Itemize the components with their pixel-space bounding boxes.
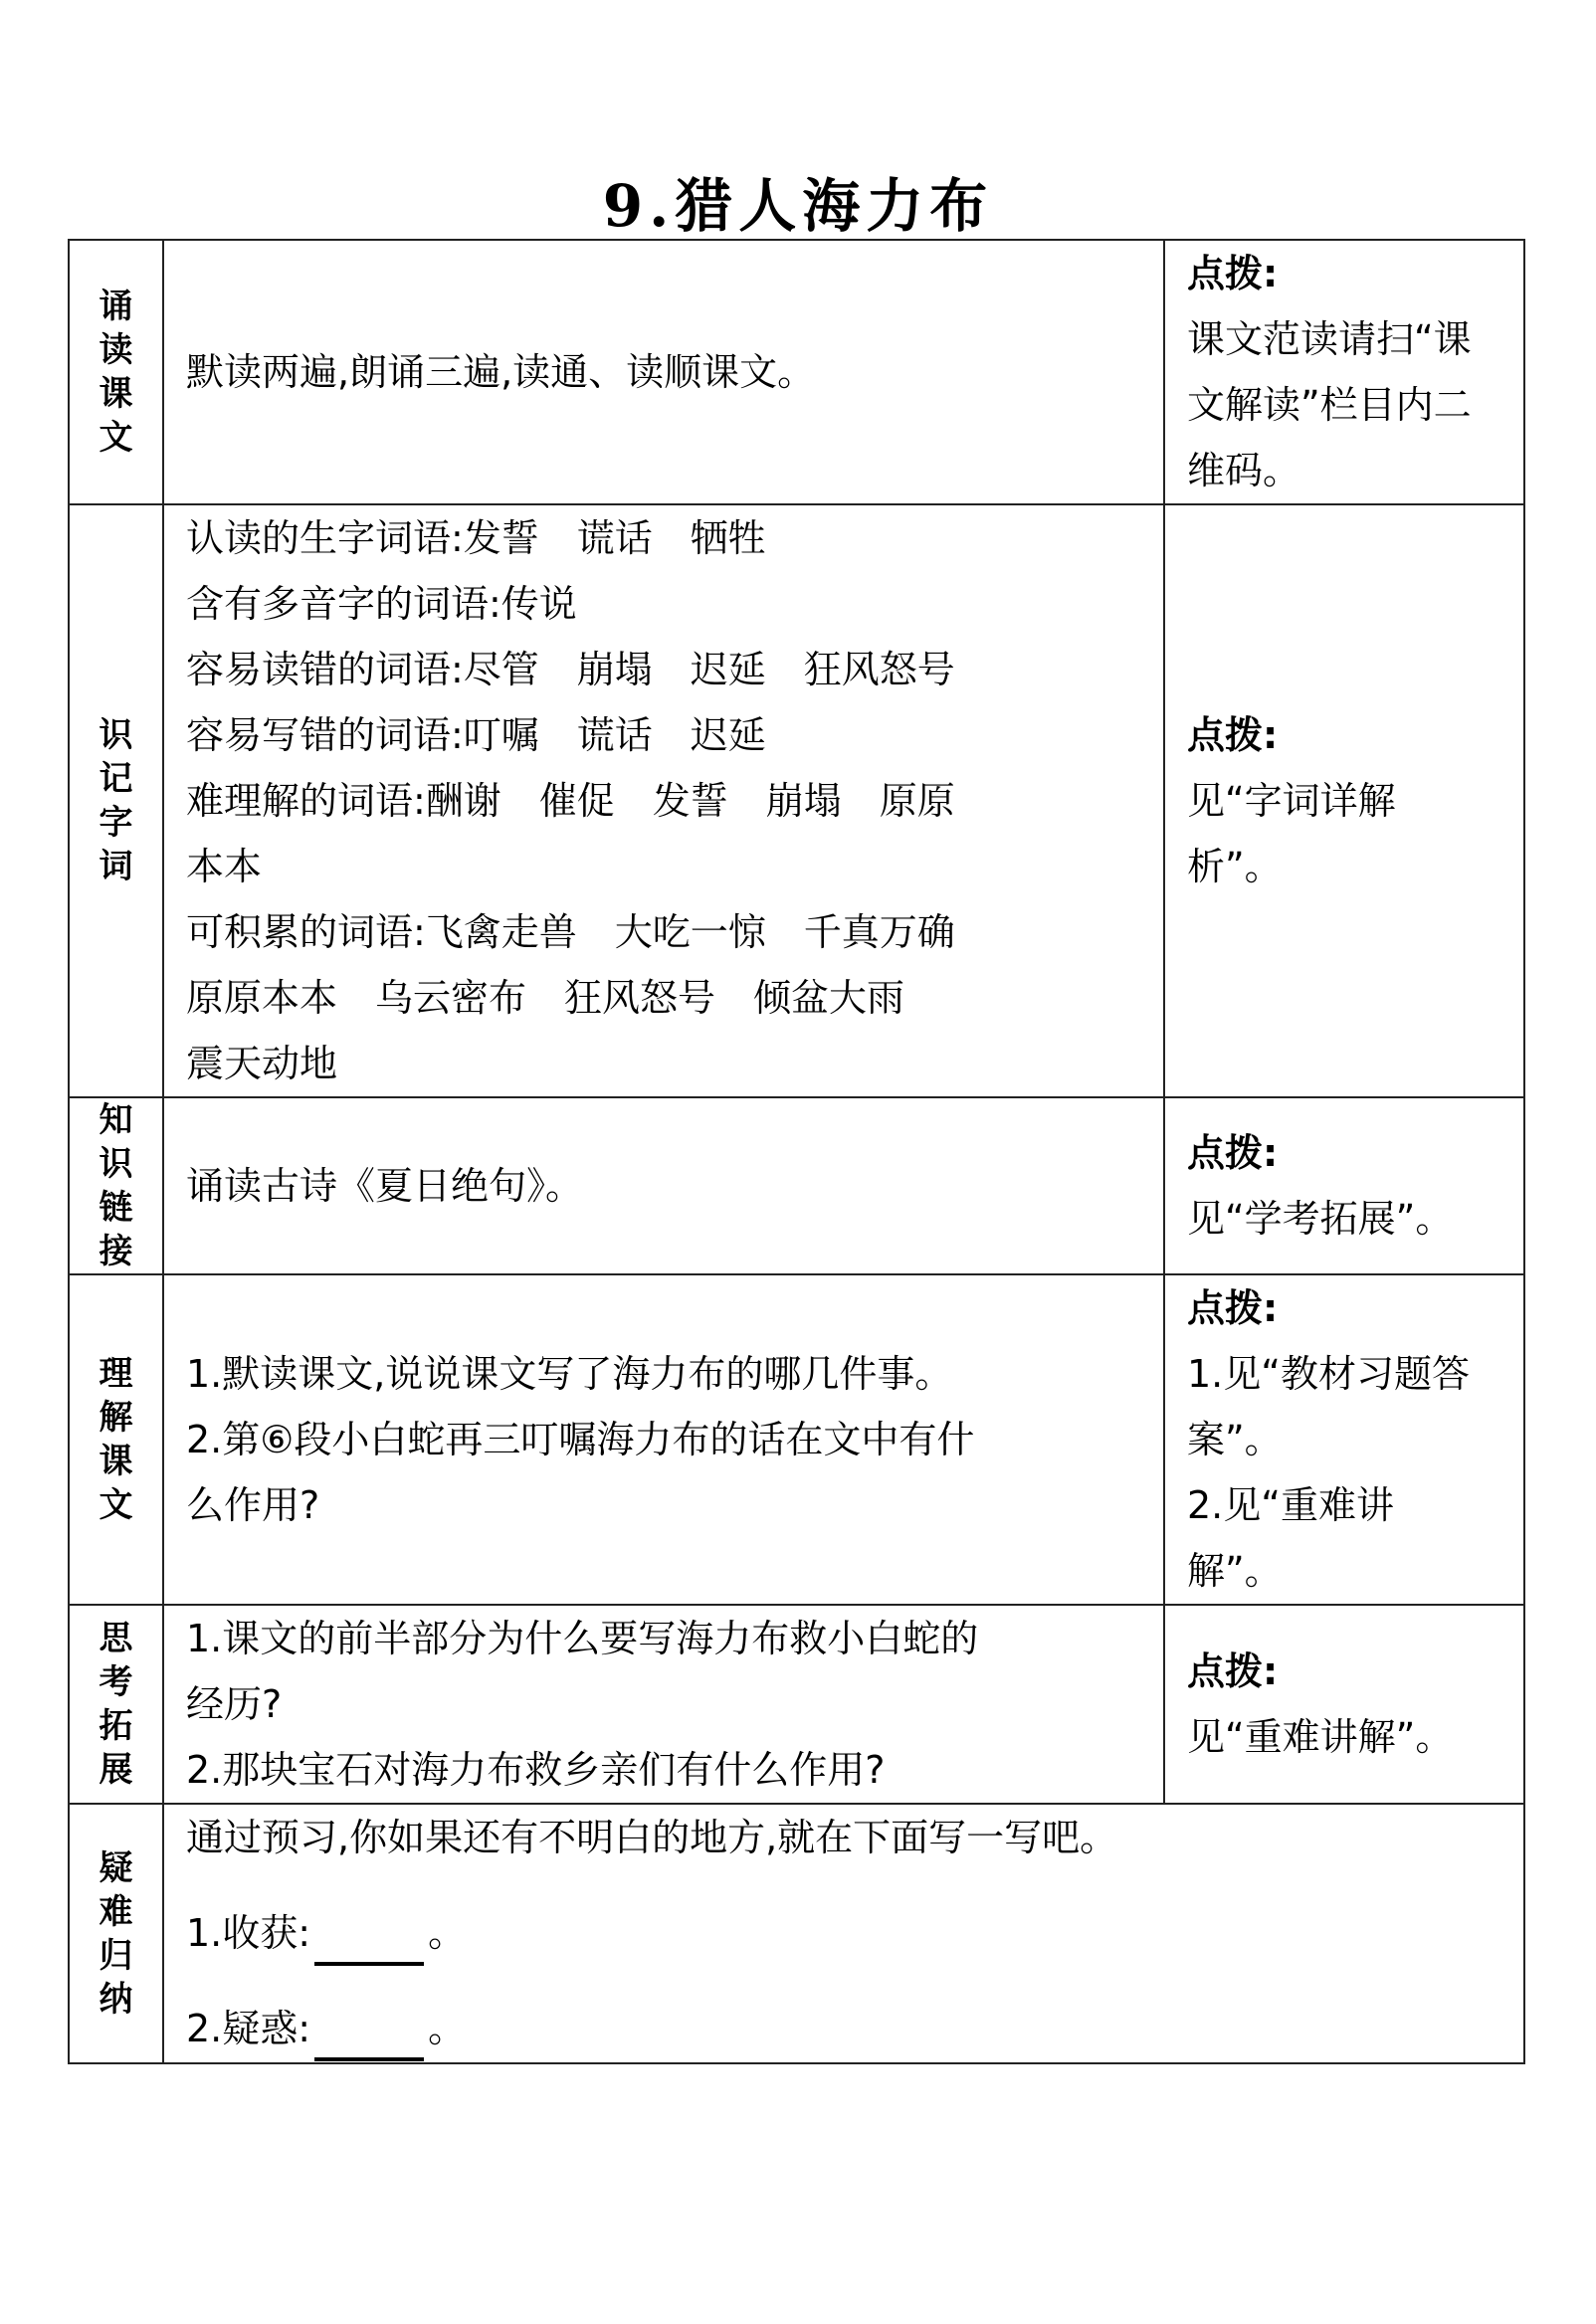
tip-line: 见“学考拓展”。 (1187, 1186, 1501, 1252)
tip-line: 维码。 (1187, 438, 1501, 503)
section-label: 识记字词 (69, 504, 163, 1097)
section-content: 诵读古诗《夏日绝句》。 (163, 1097, 1164, 1274)
doubt-blank[interactable] (314, 2018, 424, 2061)
content-line: 含有多音字的词语:传说 (186, 571, 1141, 637)
tip-label: 点拨: (1187, 241, 1501, 306)
harvest-field: 1.收获:。 (186, 1900, 1501, 1966)
row-recite: 诵读课文 默读两遍,朗诵三遍,读通、读顺课文。 点拨: 课文范读请扫“课 文解读… (69, 240, 1524, 504)
tip-cell: 点拨: 课文范读请扫“课 文解读”栏目内二 维码。 (1164, 240, 1524, 504)
section-label: 理解课文 (69, 1274, 163, 1605)
section-label: 诵读课文 (69, 240, 163, 504)
content-line: 容易读错的词语:尽管 崩塌 迟延 狂风怒号 (186, 637, 1141, 702)
intro-text: 通过预习,你如果还有不明白的地方,就在下面写一写吧。 (186, 1805, 1501, 1870)
row-vocabulary: 识记字词 认读的生字词语:发誓 谎话 牺牲 含有多音字的词语:传说 容易读错的词… (69, 504, 1524, 1097)
period: 。 (428, 1911, 466, 1955)
section-label: 思考拓展 (69, 1605, 163, 1804)
tip-label: 点拨: (1187, 1639, 1501, 1704)
tip-line: 1.见“教材习题答 (1187, 1341, 1501, 1407)
tip-line: 2.见“重难讲 (1187, 1472, 1501, 1538)
content-line: 默读两遍,朗诵三遍,读通、读顺课文。 (186, 339, 1141, 405)
content-line: 难理解的词语:酬谢 催促 发誓 崩塌 原原 (186, 768, 1141, 834)
tip-label: 点拨: (1187, 1120, 1501, 1186)
content-line: 认读的生字词语:发誓 谎话 牺牲 (186, 505, 1141, 571)
tip-cell: 点拨: 见“学考拓展”。 (1164, 1097, 1524, 1274)
section-content: 默读两遍,朗诵三遍,读通、读顺课文。 (163, 240, 1164, 504)
content-line: 容易写错的词语:叮嘱 谎话 迟延 (186, 702, 1141, 768)
doubt-field: 2.疑惑:。 (186, 1996, 1501, 2061)
content-line: 经历? (186, 1671, 1141, 1737)
content-line: 震天动地 (186, 1031, 1141, 1096)
tip-cell: 点拨: 1.见“教材习题答 案”。 2.见“重难讲 解”。 (1164, 1274, 1524, 1605)
row-summary: 疑难归纳 通过预习,你如果还有不明白的地方,就在下面写一写吧。 1.收获:。 2… (69, 1804, 1524, 2063)
tip-line: 见“字词详解 (1187, 768, 1501, 834)
tip-line: 案”。 (1187, 1407, 1501, 1472)
content-line: 诵读古诗《夏日绝句》。 (186, 1153, 1141, 1219)
tip-line: 课文范读请扫“课 (1187, 306, 1501, 372)
tip-cell: 点拨: 见“重难讲解”。 (1164, 1605, 1524, 1804)
harvest-label: 1.收获: (186, 1911, 310, 1955)
page-title: 9.猎人海力布 (0, 159, 1596, 243)
content-line: 可积累的词语:飞禽走兽 大吃一惊 千真万确 (186, 899, 1141, 965)
content-line: 么作用? (186, 1472, 1141, 1538)
preview-table: 诵读课文 默读两遍,朗诵三遍,读通、读顺课文。 点拨: 课文范读请扫“课 文解读… (68, 239, 1525, 2064)
tip-line: 析”。 (1187, 834, 1501, 899)
section-content: 1.默读课文,说说课文写了海力布的哪几件事。 2.第⑥段小白蛇再三叮嘱海力布的话… (163, 1274, 1164, 1605)
row-understand: 理解课文 1.默读课文,说说课文写了海力布的哪几件事。 2.第⑥段小白蛇再三叮嘱… (69, 1274, 1524, 1605)
tip-line: 解”。 (1187, 1538, 1501, 1604)
tip-line: 文解读”栏目内二 (1187, 372, 1501, 438)
row-knowledge-link: 知识链接 诵读古诗《夏日绝句》。 点拨: 见“学考拓展”。 (69, 1097, 1524, 1274)
section-content: 通过预习,你如果还有不明白的地方,就在下面写一写吧。 1.收获:。 2.疑惑:。 (163, 1804, 1524, 2063)
section-label: 知识链接 (69, 1097, 163, 1274)
doubt-label: 2.疑惑: (186, 2007, 310, 2050)
content-line: 1.课文的前半部分为什么要写海力布救小白蛇的 (186, 1606, 1141, 1671)
content-line: 本本 (186, 834, 1141, 899)
section-label: 疑难归纳 (69, 1804, 163, 2063)
section-content: 认读的生字词语:发誓 谎话 牺牲 含有多音字的词语:传说 容易读错的词语:尽管 … (163, 504, 1164, 1097)
section-content: 1.课文的前半部分为什么要写海力布救小白蛇的 经历? 2.那块宝石对海力布救乡亲… (163, 1605, 1164, 1804)
tip-line: 见“重难讲解”。 (1187, 1704, 1501, 1770)
period: 。 (428, 2007, 466, 2050)
tip-label: 点拨: (1187, 1275, 1501, 1341)
tip-cell: 点拨: 见“字词详解 析”。 (1164, 504, 1524, 1097)
harvest-blank[interactable] (314, 1922, 424, 1966)
content-line: 1.默读课文,说说课文写了海力布的哪几件事。 (186, 1341, 1141, 1407)
tip-label: 点拨: (1187, 702, 1501, 768)
row-think-expand: 思考拓展 1.课文的前半部分为什么要写海力布救小白蛇的 经历? 2.那块宝石对海… (69, 1605, 1524, 1804)
content-line: 2.那块宝石对海力布救乡亲们有什么作用? (186, 1737, 1141, 1803)
content-line: 2.第⑥段小白蛇再三叮嘱海力布的话在文中有什 (186, 1407, 1141, 1472)
content-line: 原原本本 乌云密布 狂风怒号 倾盆大雨 (186, 965, 1141, 1031)
